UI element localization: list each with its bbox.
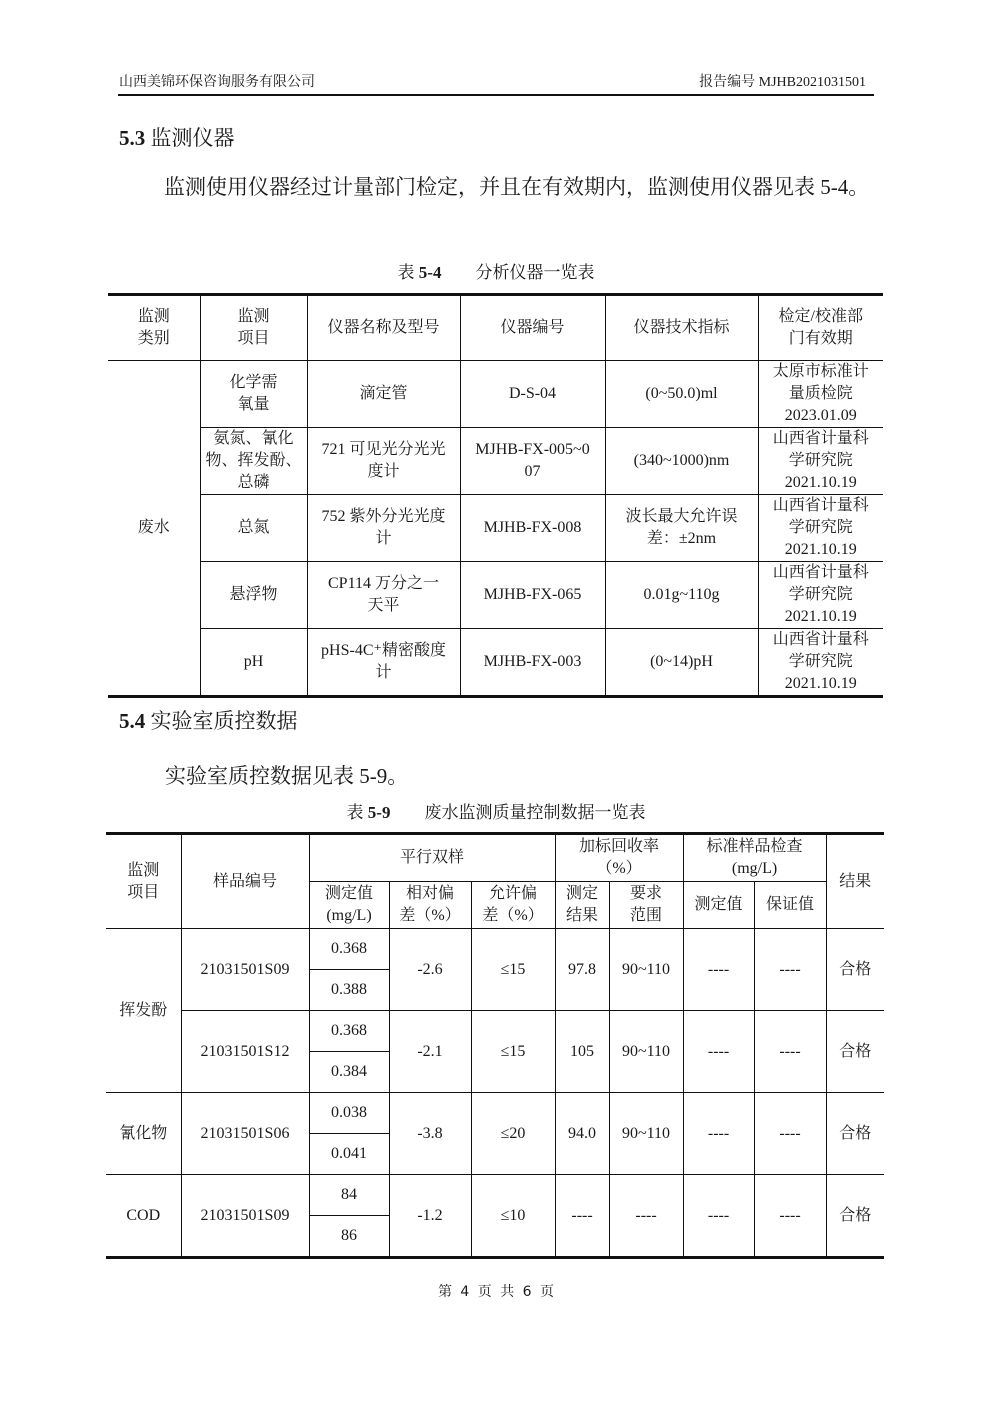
section-heading-5-4: 5.4 实验室质控数据 — [119, 705, 298, 735]
header-cell: 仪器名称及型号 — [307, 295, 460, 361]
instrument-cell: 752 紫外分光光度计 — [307, 495, 460, 562]
spike-range-cell: ---- — [609, 1175, 683, 1258]
code-cell: MJHB-FX-005~007 — [460, 428, 605, 495]
section-paragraph-5-3: 监测使用仪器经过计量部门检定，并且在有效期内，监测使用仪器见表 5-4。 — [119, 166, 879, 208]
header-cell: 检定/校准部门有效期 — [758, 295, 883, 361]
std-guarantee-cell: ---- — [754, 1011, 826, 1093]
relative-deviation-cell: -1.2 — [389, 1175, 471, 1258]
relative-deviation-cell: -3.8 — [389, 1093, 471, 1175]
spec-cell: (0~50.0)ml — [605, 361, 758, 428]
table-caption-5-9: 表 5-9 废水监测质量控制数据一览表 — [0, 798, 992, 823]
allowed-deviation-cell: ≤10 — [471, 1175, 555, 1258]
table-row: COD21031501S0984-1.2≤10----------------合… — [106, 1175, 884, 1216]
code-cell: MJHB-FX-008 — [460, 495, 605, 562]
item-cell: 化学需氧量 — [200, 361, 307, 428]
caption-prefix: 表 — [398, 263, 419, 282]
table-header-row: 监测类别 监测项目 仪器名称及型号 仪器编号 仪器技术指标 检定/校准部门有效期 — [108, 295, 883, 361]
sample-id-cell: 21031501S09 — [181, 929, 309, 1011]
spec-cell: 0.01g~110g — [605, 562, 758, 629]
measured-value-cell: 0.384 — [309, 1052, 389, 1093]
spike-range-cell: 90~110 — [609, 1093, 683, 1175]
header-cell: 加标回收率（%） — [555, 834, 683, 882]
std-guarantee-cell: ---- — [754, 929, 826, 1011]
spike-result-cell: ---- — [555, 1175, 609, 1258]
spike-result-cell: 105 — [555, 1011, 609, 1093]
instrument-cell: 滴定管 — [307, 361, 460, 428]
sample-id-cell: 21031501S06 — [181, 1093, 309, 1175]
measured-value-cell: 0.368 — [309, 929, 389, 970]
caption-title: 分析仪器一览表 — [475, 263, 594, 282]
sample-id-cell: 21031501S09 — [181, 1175, 309, 1258]
allowed-deviation-cell: ≤15 — [471, 929, 555, 1011]
header-cell: 测定值 — [683, 882, 754, 929]
table-row: 21031501S120.368-2.1≤1510590~110--------… — [106, 1011, 884, 1052]
caption-number: 5-4 — [419, 263, 442, 282]
sample-id-cell: 21031501S12 — [181, 1011, 309, 1093]
header-cell: 允许偏差（%） — [471, 882, 555, 929]
caption-number: 5-9 — [368, 803, 391, 822]
std-measured-cell: ---- — [683, 1093, 754, 1175]
table-row: 氰化物21031501S060.038-3.8≤2094.090~110----… — [106, 1093, 884, 1134]
section-paragraph-5-4: 实验室质控数据见表 5-9。 — [165, 755, 408, 797]
measured-value-cell: 0.368 — [309, 1011, 389, 1052]
spike-result-cell: 94.0 — [555, 1093, 609, 1175]
qc-table-body: 挥发酚21031501S090.368-2.6≤1597.890~110----… — [106, 929, 884, 1258]
std-guarantee-cell: ---- — [754, 1175, 826, 1258]
result-cell: 合格 — [826, 1093, 884, 1175]
calibration-cell: 山西省计量科学研究院2021.10.19 — [758, 629, 883, 697]
header-cell: 测定结果 — [555, 882, 609, 929]
table-caption-5-4: 表 5-4 分析仪器一览表 — [0, 258, 992, 283]
result-cell: 合格 — [826, 1175, 884, 1258]
table-row: pH pHS-4C⁺精密酸度计 MJHB-FX-003 (0~14)pH 山西省… — [108, 629, 883, 697]
code-cell: MJHB-FX-003 — [460, 629, 605, 697]
item-cell: COD — [106, 1175, 181, 1258]
header-cell: 结果 — [826, 834, 884, 929]
std-measured-cell: ---- — [683, 1175, 754, 1258]
spec-cell: (340~1000)nm — [605, 428, 758, 495]
std-guarantee-cell: ---- — [754, 1093, 826, 1175]
measured-value-cell: 0.038 — [309, 1093, 389, 1134]
header-cell: 保证值 — [754, 882, 826, 929]
header-cell: 监测类别 — [108, 295, 200, 361]
header-cell: 标准样品检查(mg/L) — [683, 834, 826, 882]
calibration-cell: 山西省计量科学研究院2021.10.19 — [758, 495, 883, 562]
code-cell: MJHB-FX-065 — [460, 562, 605, 629]
table-row: 挥发酚21031501S090.368-2.6≤1597.890~110----… — [106, 929, 884, 970]
allowed-deviation-cell: ≤20 — [471, 1093, 555, 1175]
spike-range-cell: 90~110 — [609, 929, 683, 1011]
category-cell: 废水 — [108, 361, 200, 697]
instrument-table: 监测类别 监测项目 仪器名称及型号 仪器编号 仪器技术指标 检定/校准部门有效期… — [108, 293, 883, 698]
section-heading-5-3: 5.3 监测仪器 — [119, 122, 235, 152]
table-row: 悬浮物 CP114 万分之一天平 MJHB-FX-065 0.01g~110g … — [108, 562, 883, 629]
spike-range-cell: 90~110 — [609, 1011, 683, 1093]
table-row: 氨氮、氰化物、挥发酚、总磷 721 可见光分光光度计 MJHB-FX-005~0… — [108, 428, 883, 495]
allowed-deviation-cell: ≤15 — [471, 1011, 555, 1093]
header-company: 山西美锦环保咨询服务有限公司 — [119, 71, 315, 91]
item-cell: 氨氮、氰化物、挥发酚、总磷 — [200, 428, 307, 495]
item-cell: 悬浮物 — [200, 562, 307, 629]
header-cell: 测定值(mg/L) — [309, 882, 389, 929]
measured-value-cell: 0.388 — [309, 970, 389, 1011]
section-title: 实验室质控数据 — [151, 709, 298, 733]
item-cell: 总氮 — [200, 495, 307, 562]
calibration-cell: 太原市标准计量质检院2023.01.09 — [758, 361, 883, 428]
header-cell: 监测项目 — [106, 834, 181, 929]
measured-value-cell: 0.041 — [309, 1134, 389, 1175]
calibration-cell: 山西省计量科学研究院2021.10.19 — [758, 562, 883, 629]
caption-title: 废水监测质量控制数据一览表 — [424, 803, 645, 822]
table-row: 总氮 752 紫外分光光度计 MJHB-FX-008 波长最大允许误差：±2nm… — [108, 495, 883, 562]
qc-data-table: 监测项目 样品编号 平行双样 加标回收率（%） 标准样品检查(mg/L) 结果 … — [106, 832, 884, 1259]
measured-value-cell: 84 — [309, 1175, 389, 1216]
spec-cell: (0~14)pH — [605, 629, 758, 697]
code-cell: D-S-04 — [460, 361, 605, 428]
std-measured-cell: ---- — [683, 1011, 754, 1093]
header-report-number: 报告编号 MJHB2021031501 — [699, 71, 866, 91]
calibration-cell: 山西省计量科学研究院2021.10.19 — [758, 428, 883, 495]
relative-deviation-cell: -2.1 — [389, 1011, 471, 1093]
header-cell: 要求范围 — [609, 882, 683, 929]
table-row: 废水 化学需氧量 滴定管 D-S-04 (0~50.0)ml 太原市标准计量质检… — [108, 361, 883, 428]
caption-prefix: 表 — [347, 803, 368, 822]
table-header-row: 监测项目 样品编号 平行双样 加标回收率（%） 标准样品检查(mg/L) 结果 — [106, 834, 884, 882]
instrument-cell: pHS-4C⁺精密酸度计 — [307, 629, 460, 697]
measured-value-cell: 86 — [309, 1216, 389, 1258]
header-cell: 相对偏差（%） — [389, 882, 471, 929]
header-cell: 监测项目 — [200, 295, 307, 361]
item-cell: pH — [200, 629, 307, 697]
section-number: 5.4 — [119, 709, 145, 733]
header-cell: 平行双样 — [309, 834, 555, 882]
item-cell: 挥发酚 — [106, 929, 181, 1093]
relative-deviation-cell: -2.6 — [389, 929, 471, 1011]
header-cell: 样品编号 — [181, 834, 309, 929]
page-number: 第 4 页 共 6 页 — [0, 1281, 992, 1301]
section-number: 5.3 — [119, 126, 145, 150]
header-cell: 仪器技术指标 — [605, 295, 758, 361]
item-cell: 氰化物 — [106, 1093, 181, 1175]
spec-cell: 波长最大允许误差：±2nm — [605, 495, 758, 562]
result-cell: 合格 — [826, 1011, 884, 1093]
section-title: 监测仪器 — [151, 126, 235, 150]
std-measured-cell: ---- — [683, 929, 754, 1011]
result-cell: 合格 — [826, 929, 884, 1011]
header-rule — [118, 94, 874, 96]
header-cell: 仪器编号 — [460, 295, 605, 361]
instrument-cell: 721 可见光分光光度计 — [307, 428, 460, 495]
spike-result-cell: 97.8 — [555, 929, 609, 1011]
instrument-cell: CP114 万分之一天平 — [307, 562, 460, 629]
